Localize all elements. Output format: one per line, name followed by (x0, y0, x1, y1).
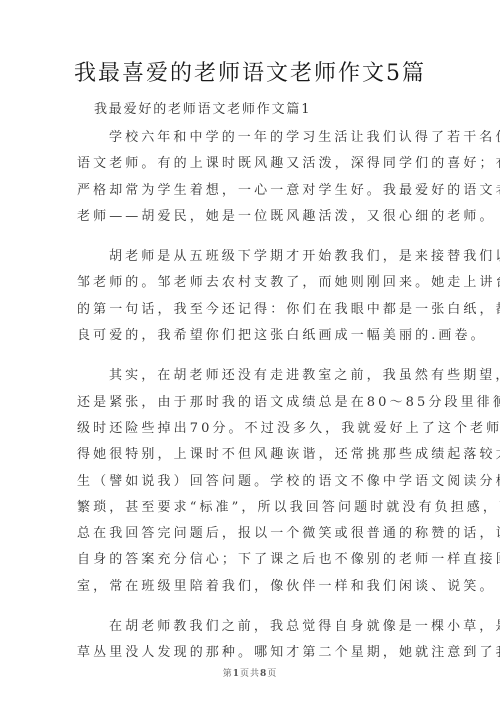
current-page-number: 1 (233, 669, 240, 679)
paragraph-line: 严格却常为学生着想，一心一意对学生好。我最爱好的语文老师胡 (77, 178, 419, 204)
paragraph-3: 其实，在胡老师还没有走进教室之前，我虽然有些期望，但的 还是紧张，由于那时我的语… (77, 363, 419, 600)
paragraph-line: 室，常在班级里陪着我们，像伙伴一样和我们闲谈、说笑。 (77, 574, 419, 600)
document-page: 我最喜爱的老师语文老师作文5篇 我最爱好的老师语文老师作文篇1 学校六年和中学的… (0, 0, 500, 707)
footer-middle: 页共 (240, 669, 260, 679)
document-title: 我最喜爱的老师语文老师作文5篇 (0, 60, 500, 88)
paragraph-line: 在胡老师教我们之前，我总觉得自身就像是一棵小草，是落在 (77, 614, 419, 640)
paragraph-line: 生（譬如说我）回答问题。学校的语文不像中学语文阅读分析那样 (77, 469, 419, 495)
paragraph-line: 胡老师是从五班级下学期才开始教我们，是来接替我们以前的 (77, 244, 419, 270)
paragraph-4: 在胡老师教我们之前，我总觉得自身就像是一棵小草，是落在 草丛里没人发现的那种。哪… (77, 614, 419, 667)
paragraph-line: 得她很特别，上课时不但风趣诙谐，还常挑那些成绩起落较大的学 (77, 442, 419, 468)
footer-suffix: 页 (267, 669, 277, 679)
paragraph-line: 级时还险些掉出70分。不过没多久，我就爱好上了这个老师。我觉 (77, 416, 419, 442)
footer-prefix: 第 (223, 669, 233, 679)
paragraph-line: 总在我回答完问题后，报以一个微笑或很普通的称赞的话，让我对 (77, 521, 419, 547)
essay-body: 学校六年和中学的一年的学习生活让我们认得了若干名优秀的 语文老师。有的上课时既风… (77, 125, 419, 681)
section-subtitle: 我最爱好的老师语文老师作文篇1 (94, 101, 311, 119)
paragraph-line: 语文老师。有的上课时既风趣又活泼，深得同学们的喜好；有的虽 (77, 151, 419, 177)
paragraph-line: 还是紧张，由于那时我的语文成绩总是在80～85分段里徘徊，三班 (77, 390, 419, 416)
paragraph-line: 自身的答案充分信心；下了课之后也不像别的老师一样直接回办公 (77, 547, 419, 573)
paragraph-2: 胡老师是从五班级下学期才开始教我们，是来接替我们以前的 邹老师的。邹老师去农村支… (77, 244, 419, 349)
page-number-footer: 第1页共8页 (0, 668, 500, 680)
paragraph-line: 学校六年和中学的一年的学习生活让我们认得了若干名优秀的 (77, 125, 419, 151)
paragraph-line: 繁琐，甚至要求“标准”，所以我回答问题时就没有负担感，而她 (77, 495, 419, 521)
paragraph-line: 良可爱的，我希望你们把这张白纸画成一幅美丽的.画卷。 (77, 323, 419, 349)
paragraph-line: 其实，在胡老师还没有走进教室之前，我虽然有些期望，但的 (77, 363, 419, 389)
paragraph-line: 草丛里没人发现的那种。哪知才第二个星期，她就注意到了我。她 (77, 640, 419, 666)
paragraph-1: 学校六年和中学的一年的学习生活让我们认得了若干名优秀的 语文老师。有的上课时既风… (77, 125, 419, 230)
paragraph-line: 邹老师的。邹老师去农村支教了，而她则刚回来。她走上讲台所说 (77, 270, 419, 296)
paragraph-line: 老师——胡爱民，她是一位既风趣活泼，又很心细的老师。 (77, 204, 419, 230)
paragraph-line: 的第一句话，我至今还记得：你们在我眼中都是一张白纸，都是善 (77, 297, 419, 323)
